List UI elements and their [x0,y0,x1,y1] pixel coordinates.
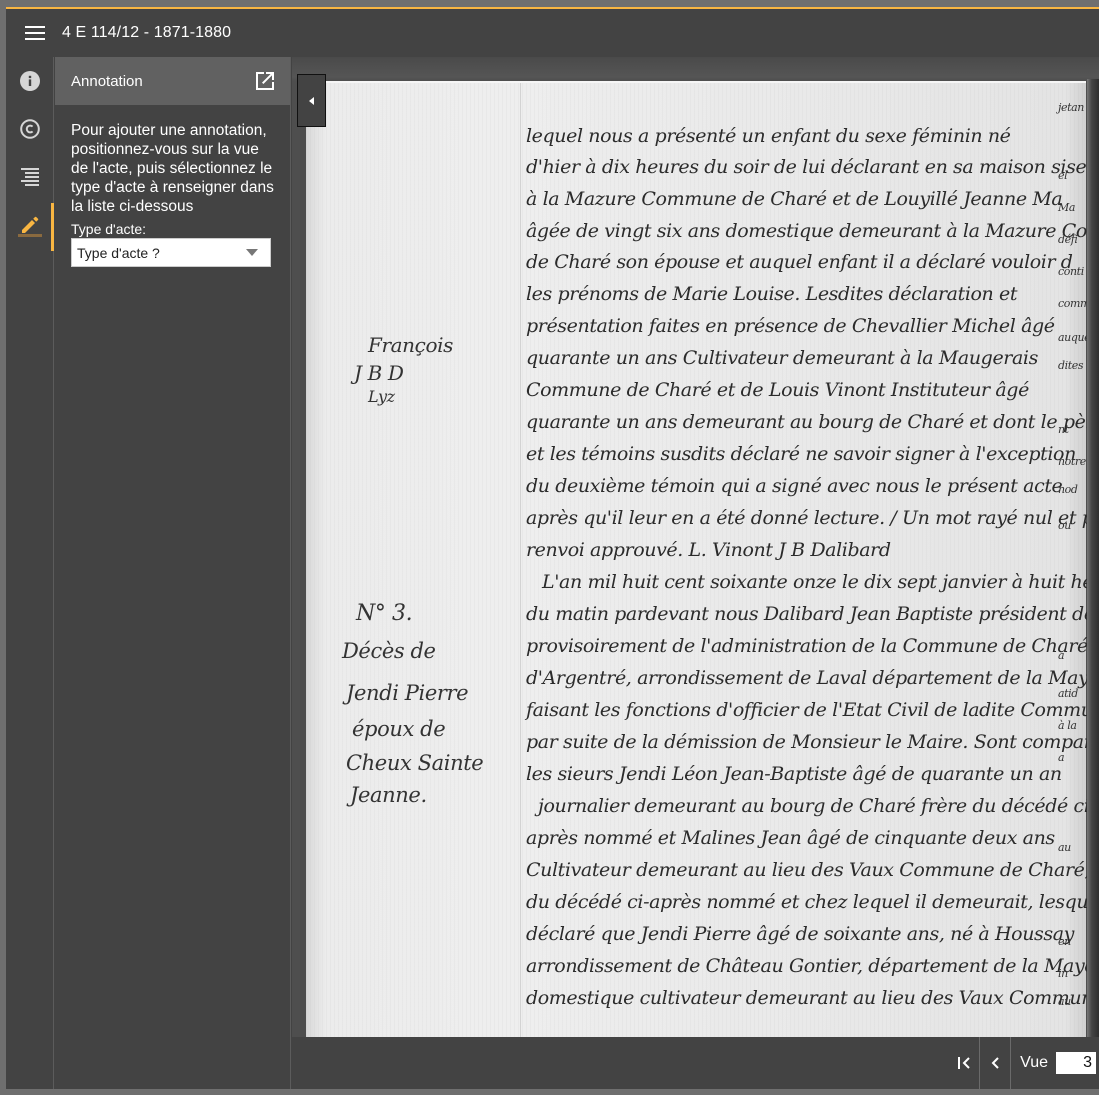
type-acte-select-value: Type d'acte ? [77,245,160,261]
text-line: du matin pardevant nous Dalibard Jean Ba… [526,603,1099,625]
rail-active-indicator [51,203,54,251]
pencil-icon [18,213,42,237]
right-margin-note: el [1058,169,1067,182]
text-line: et les témoins susdits déclaré ne savoir… [526,443,1076,465]
text-line: Commune de Charé et de Louis Vinont Inst… [526,379,1029,401]
chevron-down-icon [246,249,258,256]
entry-title-line: Jendi Pierre [346,681,468,705]
text-line: lequel nous a présenté un enfant du sexe… [526,125,1011,147]
text-line: après nommé et Malines Jean âgé de cinqu… [526,827,1055,849]
text-line: de Charé son épouse et auquel enfant il … [526,251,1073,273]
document-viewer[interactable]: François J B D Lyz N° 3. Décès de Jendi … [292,57,1099,1037]
right-margin-note: Ma [1058,201,1075,214]
info-icon [20,71,40,91]
right-margin-note: in [1058,967,1068,980]
app-window: 4 E 114/12 - 1871-1880 [6,0,1099,1089]
page-title: 4 E 114/12 - 1871-1880 [62,24,231,42]
right-margin-note: nt [1058,423,1069,436]
text-line: L'an mil huit cent soixante onze le dix … [542,571,1093,593]
text-line: domestique cultivateur demeurant au lieu… [526,987,1099,1009]
text-line: faisant les fonctions d'officier de l'Et… [526,699,1099,721]
chevron-left-icon [309,97,314,105]
right-margin-note: conti [1058,265,1084,278]
margin-signature: Lyz [368,387,395,406]
page-margin-line [520,83,521,1037]
right-margin-note: à la [1058,719,1077,732]
text-line: du décédé ci-après nommé et chez lequel … [526,891,1099,913]
right-margin-note: notre [1058,455,1086,468]
panel-header: Annotation [55,57,290,105]
rail-item-info[interactable] [6,57,54,105]
panel-body: Pour ajouter une annotation, positionnez… [55,105,290,267]
text-line: quarante un ans demeurant au bourg de Ch… [526,411,1099,433]
text-line: les sieurs Jendi Léon Jean-Baptiste âgé … [526,763,1062,785]
text-line: du deuxième témoin qui a signé avec nous… [526,475,1062,497]
type-acte-label: Type d'acte: [71,221,274,237]
right-margin-note: ou [1058,519,1071,532]
text-line: les prénoms de Marie Louise. Lesdites dé… [526,283,1017,305]
open-in-new-icon[interactable] [255,71,275,91]
right-margin-note: au [1058,841,1071,854]
text-line: provisoirement de l'administration de la… [526,635,1099,657]
entry-title-line: Cheux Sainte [346,751,483,775]
entry-title-line: époux de [352,717,445,741]
app-header: 4 E 114/12 - 1871-1880 [6,9,1099,57]
document-image[interactable]: François J B D Lyz N° 3. Décès de Jendi … [292,57,1099,1037]
text-line: présentation faites en présence de Cheva… [526,315,1055,337]
right-margin-note: au [1058,995,1071,1008]
align-right-icon [21,168,39,187]
view-number-input[interactable] [1056,1052,1096,1074]
text-line: d'Argentré, arrondissement de Laval dépa… [526,667,1099,689]
right-margin-note: jetan [1058,101,1084,114]
text-line: âgée de vingt six ans domestique demeura… [526,220,1099,242]
copyright-icon [20,119,40,139]
type-acte-select[interactable]: Type d'acte ? [71,238,271,267]
text-line: par suite de la démission de Monsieur le… [526,731,1099,753]
panel-instructions: Pour ajouter une annotation, positionnez… [71,121,274,216]
text-line: journalier demeurant au bourg de Charé f… [538,795,1095,817]
right-margin-note: nod [1058,483,1078,496]
right-margin-note: comm [1058,297,1090,310]
text-line: quarante un ans Cultivateur demeurant à … [526,347,1038,369]
register-page: François J B D Lyz N° 3. Décès de Jendi … [306,81,1086,1037]
collapse-panel-button[interactable] [297,74,326,127]
annotation-panel: Annotation Pour ajouter une annotation, … [55,57,291,1089]
right-margin-note: défi [1058,233,1078,246]
panel-title: Annotation [71,73,143,90]
page-binding-edge [1087,79,1099,1037]
window-top-gap [6,0,1099,7]
text-line: renvoi approuvé. L. Vinont J B Dalibard [526,539,891,561]
margin-signature: J B D [354,361,403,385]
rail-item-annotation[interactable] [6,201,54,249]
entry-number: N° 3. [356,601,412,626]
side-rail [6,57,54,1089]
view-label: Vue [1020,1054,1048,1072]
text-line: à la Mazure Commune de Charé et de Louyi… [526,188,1062,210]
text-line: d'hier à dix heures du soir de lui décla… [526,156,1086,178]
rail-item-copyright[interactable] [6,105,54,153]
text-line: arrondissement de Château Gontier, dépar… [526,955,1099,977]
text-line: déclaré que Jendi Pierre âgé de soixante… [526,923,1074,945]
text-line: après qu'il leur en a été donné lecture.… [526,507,1099,529]
menu-icon[interactable] [25,26,45,40]
viewer-footer: Vue [292,1037,1099,1089]
text-line: Cultivateur demeurant au lieu des Vaux C… [526,859,1099,881]
first-view-button[interactable] [949,1037,980,1089]
right-margin-note: a [1058,649,1064,662]
right-margin-note: auque [1058,331,1090,344]
margin-signature: François [368,333,453,357]
right-margin-note: a [1058,751,1064,764]
right-margin-note: atid [1058,687,1078,700]
previous-view-button[interactable] [980,1037,1011,1089]
chevron-left-icon [990,1056,1000,1070]
entry-title-line: Jeanne. [350,783,427,807]
right-margin-note: dites [1058,359,1083,372]
first-page-icon [957,1056,971,1070]
view-navigation: Vue [949,1037,1099,1089]
entry-title-line: Décès de [342,639,436,663]
right-margin-note: en [1058,935,1071,948]
rail-item-index[interactable] [6,153,54,201]
